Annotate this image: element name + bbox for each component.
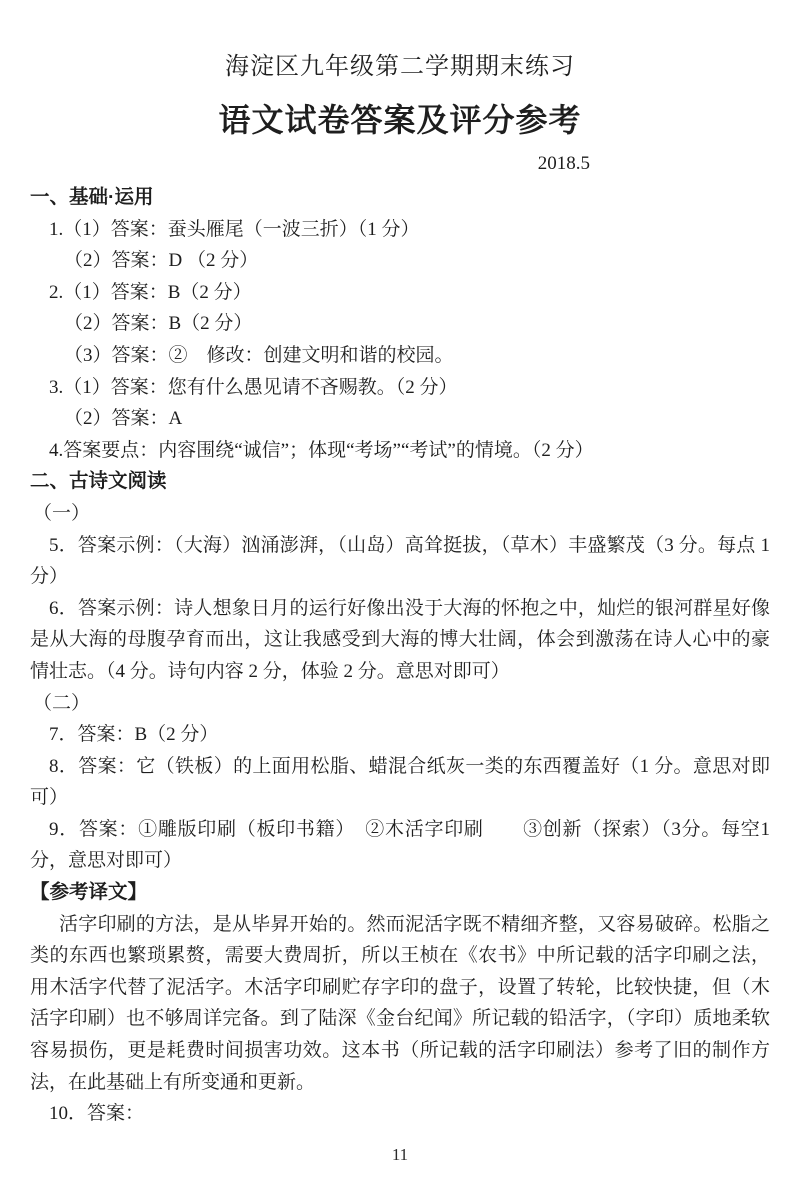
answer-item: 4.答案要点：内容围绕“诚信”；体现“考场”“考试”的情境。（2 分） — [30, 435, 770, 467]
translation-paragraph: 活字印刷的方法，是从毕昇开始的。然而泥活字既不精细齐整，又容易破碎。松脂之类的东… — [30, 909, 770, 1099]
answer-subitem: （2）答案：B（2 分） — [30, 308, 770, 340]
answer-paragraph: 7．答案：B（2 分） — [30, 719, 770, 751]
page-subtitle: 海淀区九年级第二学期期末练习 — [30, 52, 770, 82]
document-body: 一、基础·运用1.（1）答案：蚕头雁尾（一波三折）（1 分）（2）答案：D （2… — [30, 182, 770, 1130]
answer-item: 2.（1）答案：B（2 分） — [30, 277, 770, 309]
answer-item: 3.（1）答案：您有什么愚见请不吝赐教。（2 分） — [30, 372, 770, 404]
answer-subitem: （2）答案：D （2 分） — [30, 245, 770, 277]
answer-item: 1.（1）答案：蚕头雁尾（一波三折）（1 分） — [30, 214, 770, 246]
section-heading: 二、古诗文阅读 — [30, 466, 770, 498]
answer-paragraph: 6．答案示例：诗人想象日月的运行好像出没于大海的怀抱之中，灿烂的银河群星好像是从… — [30, 593, 770, 688]
document-header: 海淀区九年级第二学期期末练习 语文试卷答案及评分参考 2018.5 — [30, 52, 770, 178]
answer-paragraph: 5．答案示例：（大海）汹涌澎湃，（山岛）高耸挺拔，（草木）丰盛繁茂（3 分。每点… — [30, 530, 770, 593]
page-number: 11 — [0, 1144, 800, 1166]
exam-date: 2018.5 — [30, 150, 590, 178]
section-heading: 【参考译文】 — [30, 877, 770, 909]
page-title: 语文试卷答案及评分参考 — [30, 96, 770, 144]
section-heading: 一、基础·运用 — [30, 182, 770, 214]
answer-paragraph: 9．答案：①雕版印刷（板印书籍） ②木活字印刷 ③创新（探索）（3分。每空1分，… — [30, 814, 770, 877]
group-label: （二） — [30, 688, 770, 720]
answer-paragraph: 10．答案： — [30, 1098, 770, 1130]
exam-answer-document: 海淀区九年级第二学期期末练习 语文试卷答案及评分参考 2018.5 一、基础·运… — [0, 0, 800, 1198]
group-label: （一） — [30, 498, 770, 530]
answer-paragraph: 8．答案：它（铁板）的上面用松脂、蜡混合纸灰一类的东西覆盖好（1 分。意思对即可… — [30, 751, 770, 814]
answer-subitem: （2）答案：A — [30, 403, 770, 435]
answer-subitem: （3）答案：② 修改：创建文明和谐的校园。 — [30, 340, 770, 372]
